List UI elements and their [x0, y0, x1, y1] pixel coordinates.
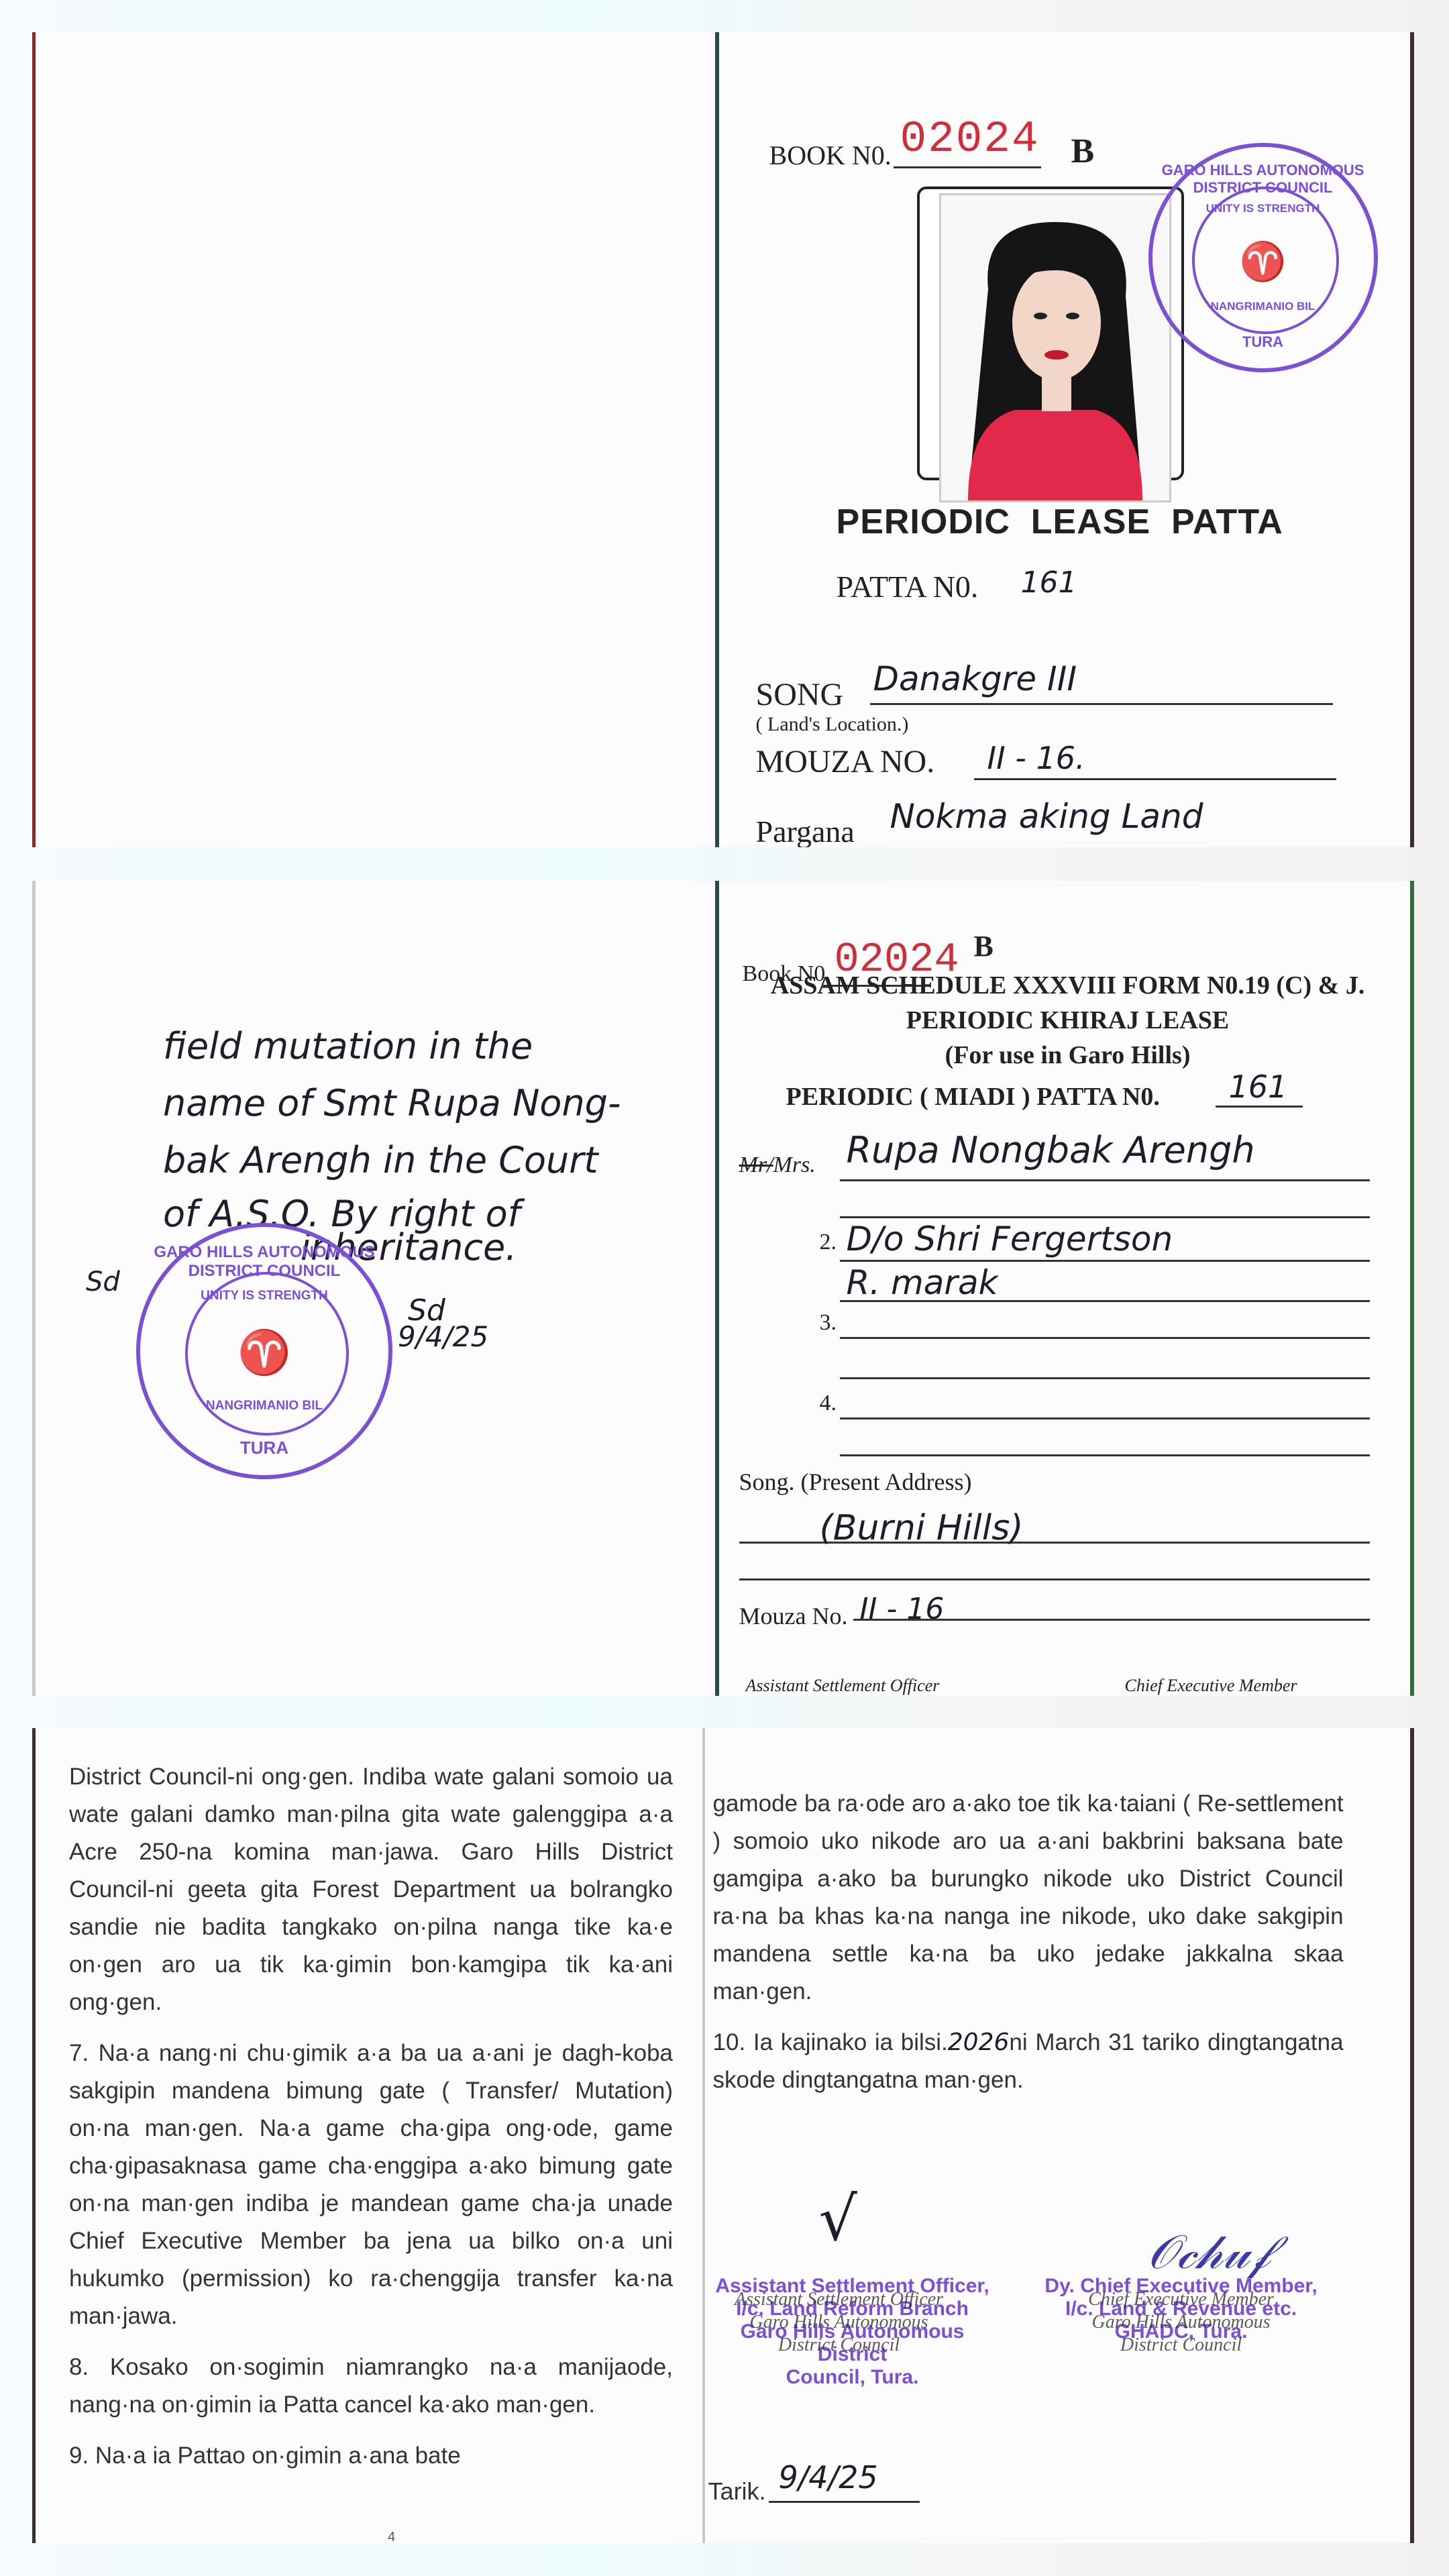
present-address-value: (Burni Hills)	[820, 1508, 1024, 1548]
miadi-patta-underline	[1216, 1106, 1303, 1108]
form-heading-schedule: ASSAM SCHEDULE XXXVIII FORM N0.19 (C) & …	[739, 968, 1397, 1003]
mouza-label: Mouza No.	[739, 1602, 848, 1630]
terms-clause-10: 10. Ia kajinako ia bilsi.2026ni March 31…	[713, 2024, 1344, 2099]
note-date: 9/4/25	[398, 1320, 488, 1353]
tarik-underline	[769, 2501, 920, 2503]
page-spread-1: BOOK N0. 02024 B GARO HILLS AUTONOMOUS D…	[32, 32, 1414, 847]
row-2-underline	[840, 1260, 1370, 1262]
mouza-underline	[853, 1619, 1370, 1621]
tarik-value: 9/4/25	[779, 2459, 878, 2495]
book-number-label: BOOK N0.	[769, 140, 892, 171]
note-line-3: bak Arengh in the Court	[163, 1139, 598, 1181]
form-heading-lease: PERIODIC KHIRAJ LEASE	[739, 1003, 1397, 1038]
name-underline	[840, 1179, 1370, 1181]
mouza-label: MOUZA NO.	[756, 743, 935, 780]
portrait-icon	[941, 195, 1169, 500]
name-label: Mr/Mrs.	[739, 1152, 816, 1178]
holder-name-value: Rupa Nongbak Arengh	[847, 1129, 1255, 1171]
aso-signature: √	[819, 2184, 857, 2255]
cem-printed-title: Chief Executive Member Garo Hills Autono…	[1040, 2288, 1322, 2357]
book-series: B	[1071, 131, 1095, 171]
address-underline-2	[739, 1578, 1370, 1580]
tarik-label: Tarik.	[708, 2477, 766, 2506]
mouza-value: II - 16.	[987, 740, 1085, 776]
elephant-emblem-icon: ♈	[140, 1328, 388, 1378]
book-number-underline	[894, 166, 1041, 168]
form-heading-block: ASSAM SCHEDULE XXXVIII FORM N0.19 (C) & …	[739, 968, 1397, 1073]
mouza-value: II - 16	[860, 1592, 945, 1626]
patta-number-label: PATTA N0.	[837, 569, 979, 604]
page-number: 4	[388, 2530, 395, 2543]
council-seal-stamp: GARO HILLS AUTONOMOUS DISTRICT COUNCIL U…	[1148, 143, 1378, 372]
patta-form-page: Book N0. 02024 B ASSAM SCHEDULE XXXVIII …	[719, 881, 1414, 1696]
present-address-label: Song. (Present Address)	[739, 1468, 972, 1496]
book-number: 02024	[900, 114, 1040, 164]
terms-clause-9: 9. Na·a ia Pattao on·gimin a·ana bate	[69, 2437, 673, 2475]
name-label-struck: Mr/	[739, 1152, 773, 1177]
miadi-patta-label: PERIODIC ( MIADI ) PATTA N0.	[786, 1082, 1160, 1112]
song-label: SONG	[756, 676, 844, 713]
terms-clause-9-continued: gamode ba ra·ode aro a·ako toe tik ka·ta…	[713, 1785, 1344, 2010]
terms-right-page: gamode ba ra·ode aro a·ako toe tik ka·ta…	[705, 1728, 1414, 2543]
page-spread-3: District Council-ni ong·gen. Indiba wate…	[32, 1728, 1414, 2543]
page-spread-2: field mutation in the name of Smt Rupa N…	[32, 881, 1414, 1696]
song-sublabel: ( Land's Location.)	[756, 713, 909, 736]
applicant-photo	[939, 193, 1171, 502]
note-line-2: name of Smt Rupa Nong-	[163, 1082, 621, 1124]
row-3-underline-2	[840, 1377, 1370, 1379]
form-heading-usage: (For use in Garo Hills)	[739, 1038, 1397, 1073]
patta-cover-page: BOOK N0. 02024 B GARO HILLS AUTONOMOUS D…	[719, 32, 1414, 847]
song-underline	[870, 703, 1333, 705]
page-title: PERIODIC LEASE PATTA	[837, 502, 1283, 542]
terms-left-text: District Council-ni ong·gen. Indiba wate…	[69, 1758, 673, 2488]
book-series: B	[974, 929, 994, 963]
miadi-patta-value: 161	[1229, 1069, 1288, 1105]
footer-aso: Assistant Settlement Officer	[746, 1676, 940, 1696]
terms-paragraph: District Council-ni ong·gen. Indiba wate…	[69, 1758, 673, 2021]
row-2-value-1: D/o Shri Fergertson	[847, 1220, 1173, 1258]
terms-right-text: gamode ba ra·ode aro a·ako toe tik ka·ta…	[713, 1785, 1344, 2112]
row-4-underline	[840, 1417, 1370, 1419]
council-seal-stamp: GARO HILLS AUTONOMOUS DISTRICT COUNCIL U…	[136, 1223, 392, 1479]
mutation-note-page: field mutation in the name of Smt Rupa N…	[32, 881, 715, 1696]
blank-left-page	[32, 32, 715, 847]
elephant-emblem-icon: ♈	[1152, 239, 1374, 284]
row-3-underline	[840, 1337, 1370, 1339]
row-2-label: 2.	[820, 1230, 837, 1255]
row-4-label: 4.	[820, 1391, 837, 1416]
footer-cem: Chief Executive Member	[1125, 1676, 1297, 1696]
cem-signature: 𝒪𝒸𝒽𝓊𝒻	[1148, 2224, 1271, 2280]
aso-printed-title: Assistant Settlement Officer Garo Hills …	[705, 2288, 973, 2357]
note-line-1: field mutation in the	[163, 1025, 533, 1067]
patta-number-value: 161	[1021, 566, 1077, 600]
mouza-underline	[974, 778, 1336, 780]
pargana-value: Nokma aking Land	[890, 797, 1203, 836]
pargana-label: Pargana	[756, 814, 855, 847]
name-underline-2	[840, 1216, 1370, 1218]
terms-left-page: District Council-ni ong·gen. Indiba wate…	[32, 1728, 702, 2543]
terms-clause-8: 8. Kosako on·sogimin niamrangko na·a man…	[69, 2349, 673, 2424]
row-2-value-2: R. marak	[847, 1263, 998, 1302]
initials-signature: Sd	[86, 1267, 120, 1297]
song-value: Danakgre III	[873, 659, 1077, 698]
validity-year: 2026	[948, 2029, 1010, 2056]
row-2-underline-2	[840, 1300, 1370, 1302]
terms-clause-7: 7. Na·a nang·ni chu·gimik a·a ba ua a·an…	[69, 2035, 673, 2335]
row-3-label: 3.	[820, 1310, 837, 1336]
row-4-underline-2	[840, 1454, 1370, 1456]
